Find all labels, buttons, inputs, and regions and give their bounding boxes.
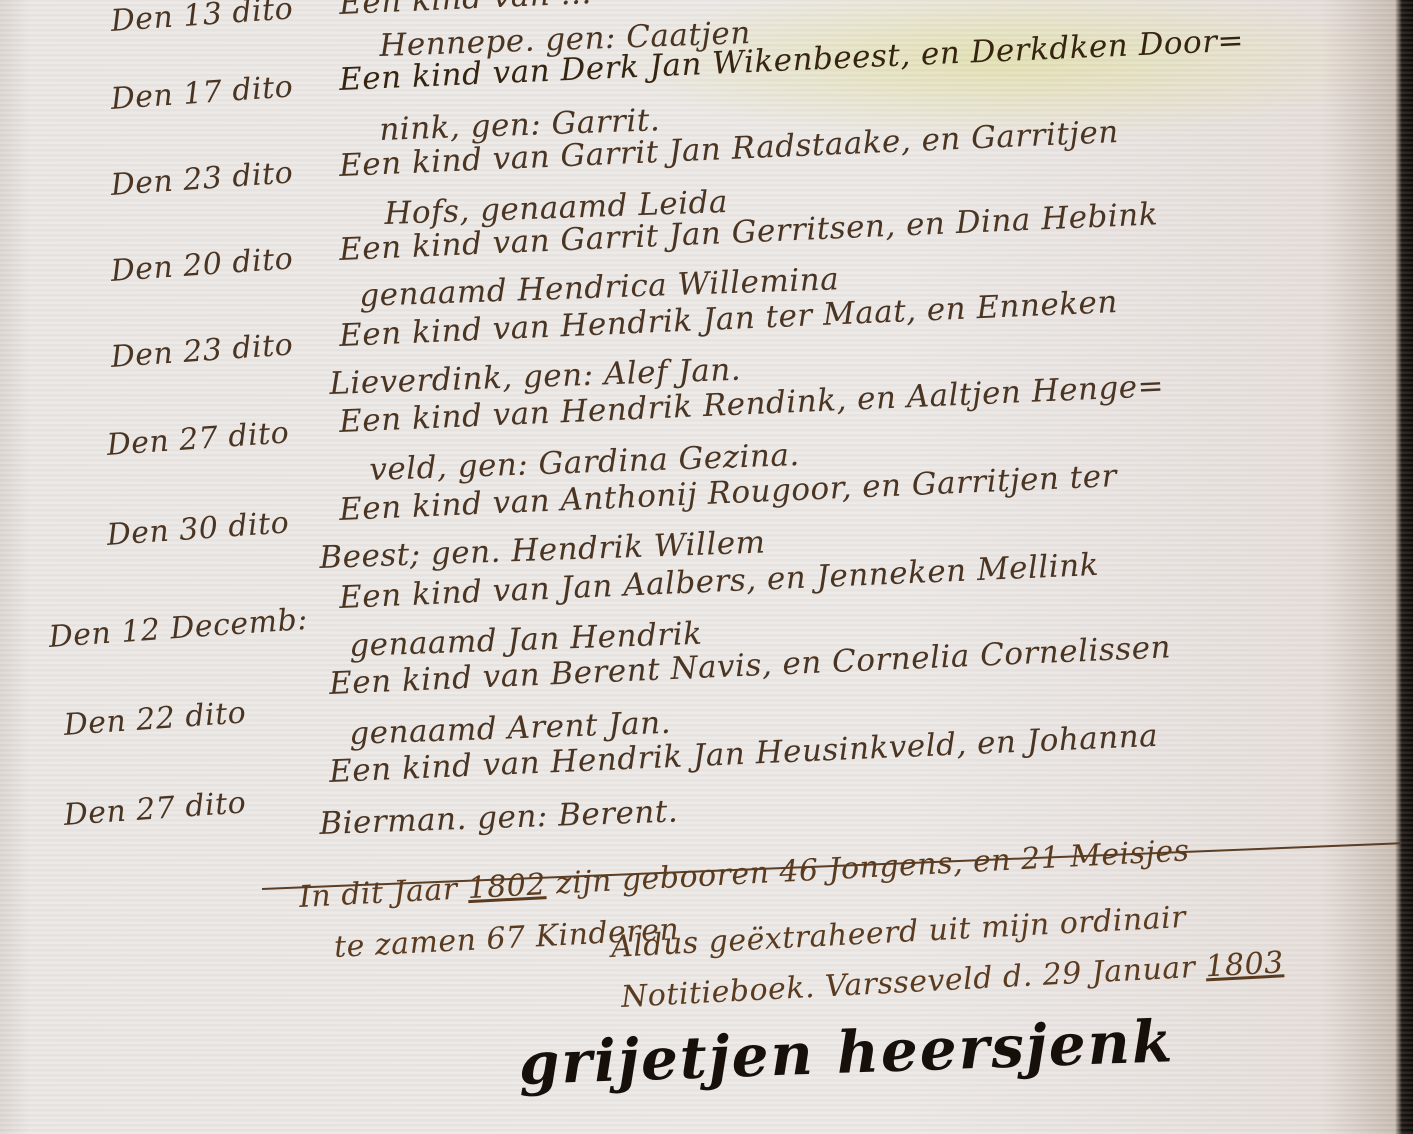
entry-date: Den 13 dito xyxy=(110,0,295,39)
entry-date: Den 27 dito xyxy=(63,785,248,833)
summary-year: 1802 xyxy=(467,867,547,906)
entry-date: Den 20 dito xyxy=(110,241,295,289)
entry-line: Een kind van ... xyxy=(338,0,592,22)
entry-line-continued: Bierman. gen: Berent. xyxy=(319,793,679,842)
entry-date: Den 30 dito xyxy=(106,505,291,553)
entry-date: Den 23 dito xyxy=(110,155,295,203)
closing-year: 1803 xyxy=(1205,945,1285,984)
year-summary-line: In dit Jaar 1802 zijn gebooren 46 Jongen… xyxy=(298,833,1190,915)
signature: grijetjen heersjenk xyxy=(518,1007,1175,1098)
entry-date: Den 23 dito xyxy=(110,327,295,375)
manuscript-page: Den 13 dito Een kind van ... Hennepe. ge… xyxy=(0,0,1413,1134)
entry-date: Den 12 Decemb: xyxy=(48,602,309,655)
entry-date: Den 27 dito xyxy=(106,415,291,463)
entry-date: Den 17 dito xyxy=(110,69,295,117)
entry-date: Den 22 dito xyxy=(63,695,248,743)
